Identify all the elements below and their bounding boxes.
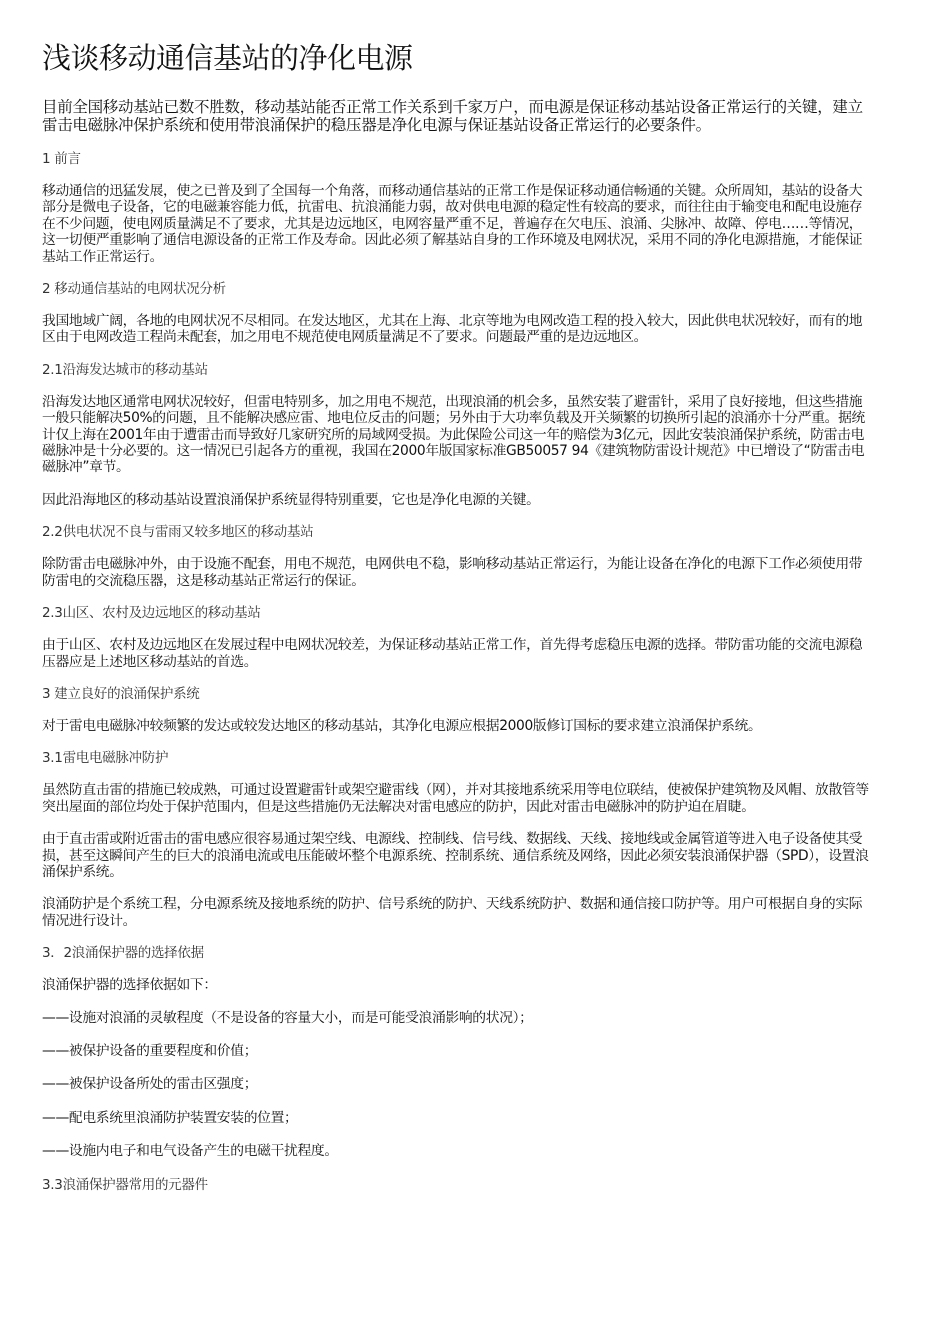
document-title: 浅谈移动通信基站的净化电源 (42, 38, 872, 78)
section-heading-lemp: 3.1雷电电磁脉冲防护 (42, 750, 872, 767)
paragraph: 沿海发达地区通常电网状况较好，但雷电特别多，加之用电不规范，出现浪涌的机会多，虽… (42, 394, 872, 476)
section-heading-components: 3.3浪涌保护器常用的元器件 (42, 1177, 872, 1194)
paragraph: 由于山区、农村及边远地区在发展过程中电网状况较差，为保证移动基站正常工作，首先得… (42, 637, 872, 670)
list-item: ——被保护设备所处的雷击区强度； (42, 1076, 872, 1092)
lead-paragraph: 目前全国移动基站已数不胜数，移动基站能否正常工作关系到千家万户，而电源是保证移动… (42, 99, 872, 134)
paragraph: 移动通信的迅猛发展，使之已普及到了全国每一个角落，而移动通信基站的正常工作是保证… (42, 183, 872, 265)
section-heading-surge-system: 3 建立良好的浪涌保护系统 (42, 686, 872, 703)
paragraph: 浪涌保护器的选择依据如下： (42, 977, 872, 993)
section-heading-poor-supply: 2.2供电状况不良与雷雨又较多地区的移动基站 (42, 524, 872, 541)
paragraph: 浪涌防护是个系统工程，分电源系统及接地系统的防护、信号系统的防护、天线系统防护、… (42, 896, 872, 929)
section-heading-grid-analysis: 2 移动通信基站的电网状况分析 (42, 281, 872, 298)
section-heading-coastal: 2.1沿海发达城市的移动基站 (42, 362, 872, 379)
section-heading-intro: 1 前言 (42, 151, 872, 168)
paragraph: 我国地域广阔，各地的电网状况不尽相同。在发达地区，尤其在上海、北京等地为电网改造… (42, 313, 872, 346)
list-item: ——被保护设备的重要程度和价值； (42, 1043, 872, 1059)
list-item: ——配电系统里浪涌防护装置安装的位置； (42, 1110, 872, 1126)
list-item: ——设施内电子和电气设备产生的电磁干扰程度。 (42, 1143, 872, 1159)
paragraph: 对于雷电电磁脉冲较频繁的发达或较发达地区的移动基站，其净化电源应根据2000版修… (42, 718, 872, 734)
section-heading-remote: 2.3山区、农村及边远地区的移动基站 (42, 605, 872, 622)
paragraph: 除防雷击电磁脉冲外，由于设施不配套，用电不规范，电网供电不稳，影响移动基站正常运… (42, 556, 872, 589)
paragraph: 虽然防直击雷的措施已较成熟，可通过设置避雷针或架空避雷线（网），并对其接地系统采… (42, 782, 872, 815)
section-heading-selection: 3．2浪涌保护器的选择依据 (42, 945, 872, 962)
paragraph: 由于直击雷或附近雷击的雷电感应很容易通过架空线、电源线、控制线、信号线、数据线、… (42, 831, 872, 880)
list-item: ——设施对浪涌的灵敏程度（不是设备的容量大小，而是可能受浪涌影响的状况）； (42, 1010, 872, 1026)
paragraph: 因此沿海地区的移动基站设置浪涌保护系统显得特别重要，它也是净化电源的关键。 (42, 492, 872, 508)
document-page: 浅谈移动通信基站的净化电源 目前全国移动基站已数不胜数，移动基站能否正常工作关系… (0, 0, 872, 1194)
